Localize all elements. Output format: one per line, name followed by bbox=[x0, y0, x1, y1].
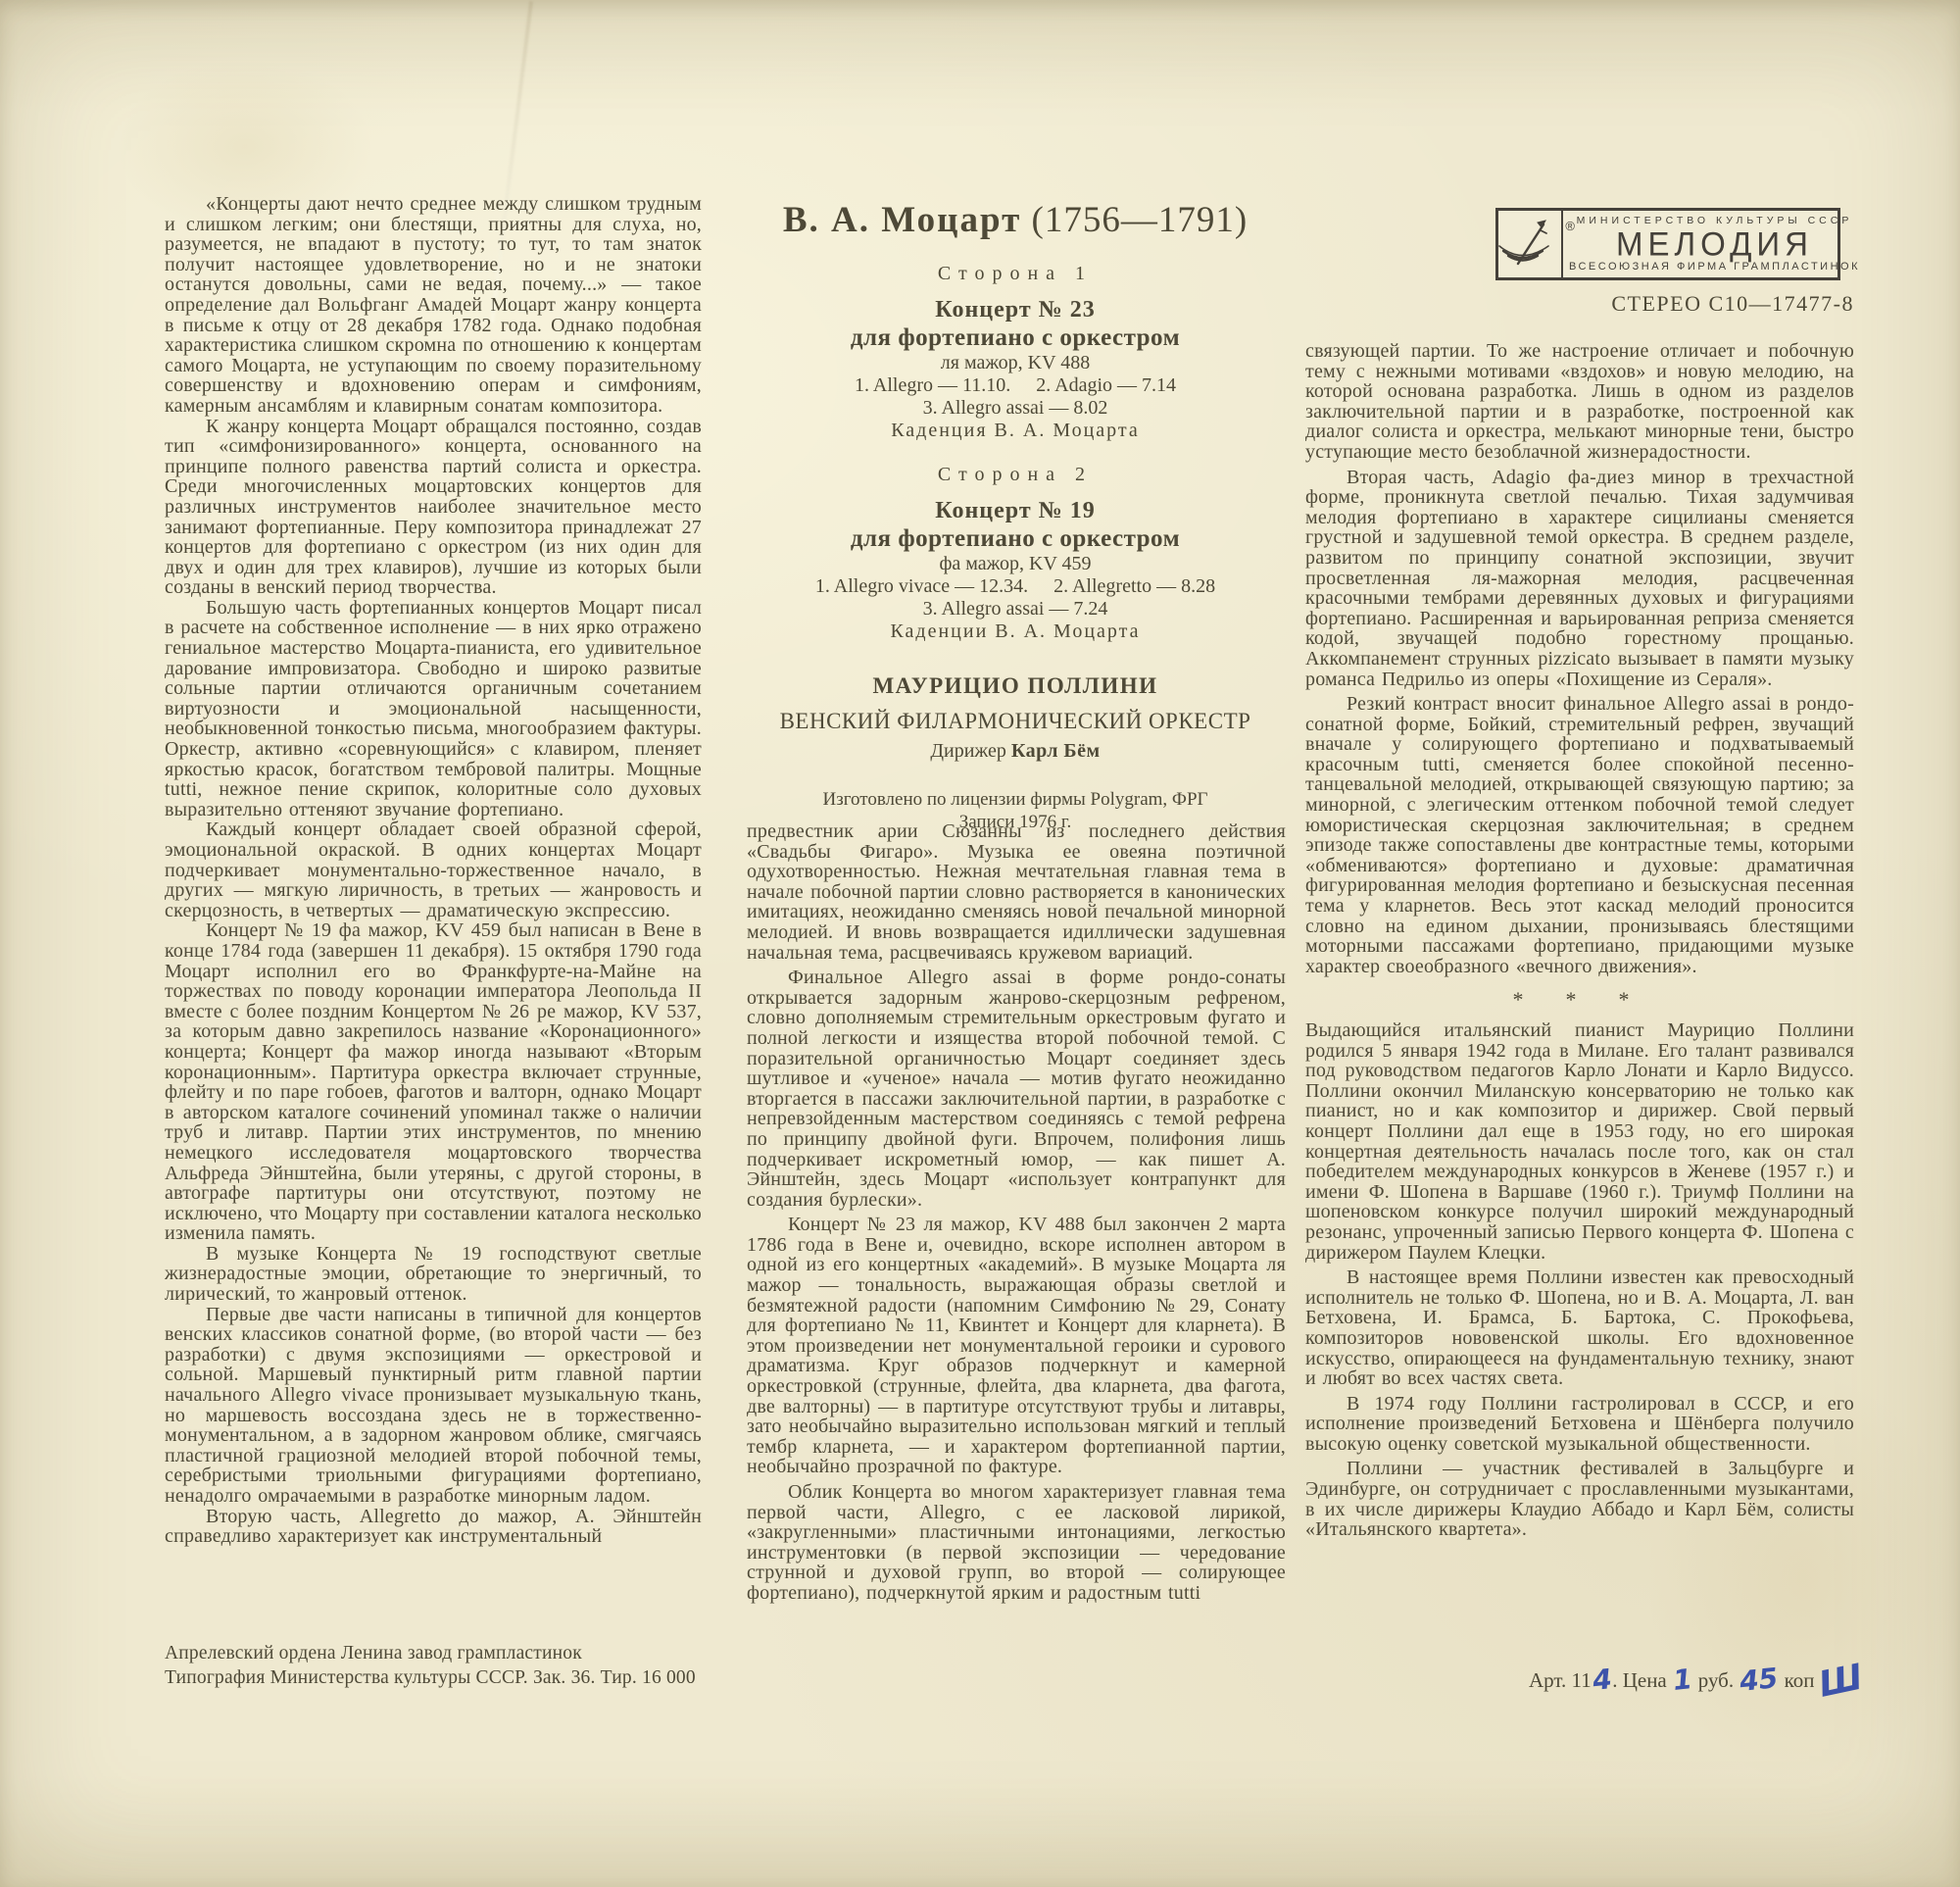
conductor-name: Карл Бём bbox=[1011, 740, 1101, 762]
side1-work-title: Концерт № 23 bbox=[745, 297, 1286, 323]
price-line: Арт. 114. Цена 1 руб. 45 копШ bbox=[1529, 1659, 1940, 1694]
registered-trademark-icon: ® bbox=[1565, 219, 1575, 233]
composer-years: (1756—1791) bbox=[1032, 200, 1249, 240]
conductor-label: Дирижер bbox=[930, 740, 1010, 762]
paragraph: В музыке Концерта № 19 господствуют свет… bbox=[165, 1244, 702, 1305]
track: 2. Adagio — 7.14 bbox=[1036, 374, 1176, 396]
handwritten-mark: Ш bbox=[1816, 1661, 1864, 1704]
paragraph: Концерт № 23 ля мажор, KV 488 был законч… bbox=[747, 1215, 1286, 1477]
paragraph: Большую часть фортепианных концертов Моц… bbox=[165, 598, 702, 820]
melodiya-logo-text-cell: МИНИСТЕРСТВО КУЛЬТУРЫ СССР МЕЛОДИЯ ВСЕСО… bbox=[1563, 211, 1866, 277]
side1-key: ля мажор, KV 488 bbox=[745, 352, 1286, 374]
imprint-line2: Типография Министерства культуры СССР. З… bbox=[165, 1665, 696, 1690]
section-separator: * * * bbox=[1305, 990, 1854, 1011]
paragraph: Резкий контраст вносит финальное Allegro… bbox=[1305, 694, 1854, 976]
composer-name: В. А. Моцарт bbox=[783, 200, 1021, 240]
publisher-imprint: Апрелевский ордена Ленина завод грамплас… bbox=[165, 1641, 696, 1690]
album-title: В. А. Моцарт (1756—1791) bbox=[745, 200, 1286, 241]
paragraph: Первые две части написаны в типичной для… bbox=[165, 1305, 702, 1507]
track: 3. Allegro assai — 8.02 bbox=[923, 397, 1108, 419]
side1-label: Сторона 1 bbox=[745, 263, 1286, 285]
license-line: Изготовлено по лицензии фирмы Polygram, … bbox=[745, 788, 1286, 811]
paragraph: связующей партии. То же настроение отлич… bbox=[1305, 341, 1854, 463]
side2-label: Сторона 2 bbox=[745, 464, 1286, 486]
catalog-number: СТЕРЕО С10—17477-8 bbox=[1305, 291, 1854, 317]
paragraph: Вторую часть, Allegretto до мажор, А. Эй… bbox=[165, 1507, 702, 1547]
handwritten-mark: 4 bbox=[1592, 1665, 1613, 1695]
side1-cadenza: Каденция В. А. Моцарта bbox=[745, 420, 1286, 442]
paragraph: Выдающийся итальянский пианист Маурицио … bbox=[1305, 1020, 1854, 1263]
paragraph: Каждый концерт обладает своей образной с… bbox=[165, 819, 702, 920]
track: 1. Allegro — 11.10. bbox=[855, 374, 1010, 396]
right-column-bottom: Выдающийся итальянский пианист Маурицио … bbox=[1305, 1020, 1854, 1540]
side2-tracks-line1: 1. Allegro vivace — 12.34.2. Allegretto … bbox=[745, 575, 1286, 598]
orchestra-name: ВЕНСКИЙ ФИЛАРМОНИЧЕСКИЙ ОРКЕСТР bbox=[745, 708, 1286, 734]
performer-name: МАУРИЦИО ПОЛЛИНИ bbox=[745, 672, 1286, 699]
printed-text: коп bbox=[1779, 1668, 1814, 1692]
paragraph: «Концерты дают нечто среднее между слишк… bbox=[165, 194, 702, 417]
logo-brand-name: МЕЛОДИЯ bbox=[1616, 228, 1813, 260]
melodiya-logo-glyph-cell: ® bbox=[1498, 211, 1563, 277]
side2-tracks-line2: 3. Allegro assai — 7.24 bbox=[745, 598, 1286, 621]
track: 3. Allegro assai — 7.24 bbox=[923, 598, 1108, 620]
handwritten-mark: 45 bbox=[1739, 1664, 1780, 1696]
paragraph: Вторая часть, Adagio фа-диез минор в тре… bbox=[1305, 468, 1854, 690]
imprint-line1: Апрелевский ордена Ленина завод грамплас… bbox=[165, 1641, 696, 1665]
tuning-fork-ripples-icon bbox=[1498, 217, 1561, 272]
melodiya-logo: ® МИНИСТЕРСТВО КУЛЬТУРЫ СССР МЕЛОДИЯ ВСЕ… bbox=[1495, 208, 1840, 280]
side2-cadenza: Каденции В. А. Моцарта bbox=[745, 621, 1286, 643]
side1-tracks-line2: 3. Allegro assai — 8.02 bbox=[745, 397, 1286, 420]
right-column-top: связующей партии. То же настроение отлич… bbox=[1305, 341, 1854, 976]
printed-text: Арт. 11 bbox=[1529, 1668, 1592, 1692]
conductor-line: Дирижер Карл Бём bbox=[745, 739, 1286, 763]
side1-work-subtitle: для фортепиано с оркестром bbox=[745, 323, 1286, 352]
side2-work-title: Концерт № 19 bbox=[745, 498, 1286, 524]
paragraph: предвестник арии Сюзанны из последнего д… bbox=[747, 821, 1286, 963]
paragraph: Концерт № 19 фа мажор, KV 459 был написа… bbox=[165, 920, 702, 1244]
side1-tracks-line1: 1. Allegro — 11.10.2. Adagio — 7.14 bbox=[745, 374, 1286, 397]
paragraph: Поллини — участник фестивалей в Зальцбур… bbox=[1305, 1459, 1854, 1539]
paragraph: К жанру концерта Моцарт обращался постоя… bbox=[165, 417, 702, 598]
liner-notes-center-column: предвестник арии Сюзанны из последнего д… bbox=[747, 821, 1286, 1606]
paragraph: Финальное Allegro assai в форме рондо-со… bbox=[747, 968, 1286, 1210]
album-header: В. А. Моцарт (1756—1791) Сторона 1 Конце… bbox=[745, 200, 1286, 833]
track: 1. Allegro vivace — 12.34. bbox=[815, 575, 1028, 597]
side2-work-subtitle: для фортепиано с оркестром bbox=[745, 524, 1286, 553]
liner-notes-right-column: связующей партии. То же настроение отлич… bbox=[1305, 341, 1854, 1615]
side2-key: фа мажор, KV 459 bbox=[745, 553, 1286, 575]
track: 2. Allegretto — 8.28 bbox=[1053, 575, 1215, 597]
record-sleeve-back: { "page": { "left_column": { "paragraphs… bbox=[0, 0, 1960, 1887]
liner-notes-left-column: «Концерты дают нечто среднее между слишк… bbox=[165, 194, 702, 1596]
handwritten-mark: 1 bbox=[1672, 1665, 1693, 1695]
paragraph: Облик Концерта во многом характеризует г… bbox=[747, 1482, 1286, 1604]
paragraph: В 1974 году Поллини гастролировал в СССР… bbox=[1305, 1394, 1854, 1455]
paragraph: В настоящее время Поллини известен как п… bbox=[1305, 1267, 1854, 1389]
printed-text: . Цена bbox=[1612, 1668, 1672, 1692]
printed-text: руб. bbox=[1692, 1668, 1739, 1692]
